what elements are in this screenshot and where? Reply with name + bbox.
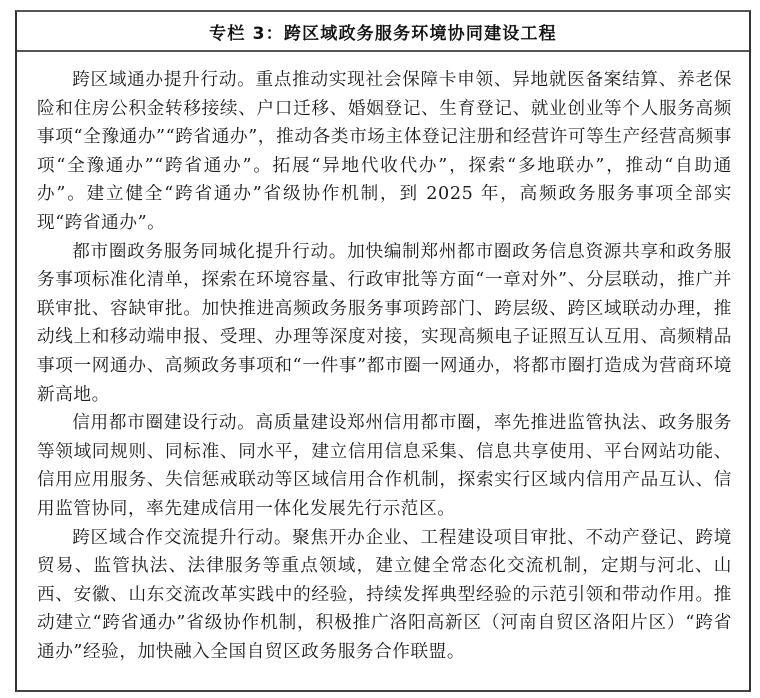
paragraph-cross-region-cooperation: 跨区域合作交流提升行动。聚焦开办企业、工程建设项目审批、不动产登记、跨境贸易、监… — [37, 524, 732, 667]
paragraph-credit-metro-area: 信用都市圈建设行动。高质量建设郑州信用都市圈，率先推进监管执法、政务服务等领域同… — [37, 409, 732, 523]
panel-body: 跨区域通办提升行动。重点推动实现社会保障卡申领、异地就医备案结算、养老保险和住房… — [17, 52, 749, 666]
paragraph-metro-area-services: 都市圈政务服务同城化提升行动。加快编制郑州都市圈政务信息资源共享和政务服务事项标… — [37, 238, 732, 410]
panel-title: 专栏 3：跨区域政务服务环境协同建设工程 — [209, 19, 557, 44]
panel-title-row: 专栏 3：跨区域政务服务环境协同建设工程 — [17, 12, 749, 52]
paragraph-cross-region-services: 跨区域通办提升行动。重点推动实现社会保障卡申领、异地就医备案结算、养老保险和住房… — [37, 66, 732, 238]
feature-panel-box: 专栏 3：跨区域政务服务环境协同建设工程 跨区域通办提升行动。重点推动实现社会保… — [15, 10, 751, 692]
